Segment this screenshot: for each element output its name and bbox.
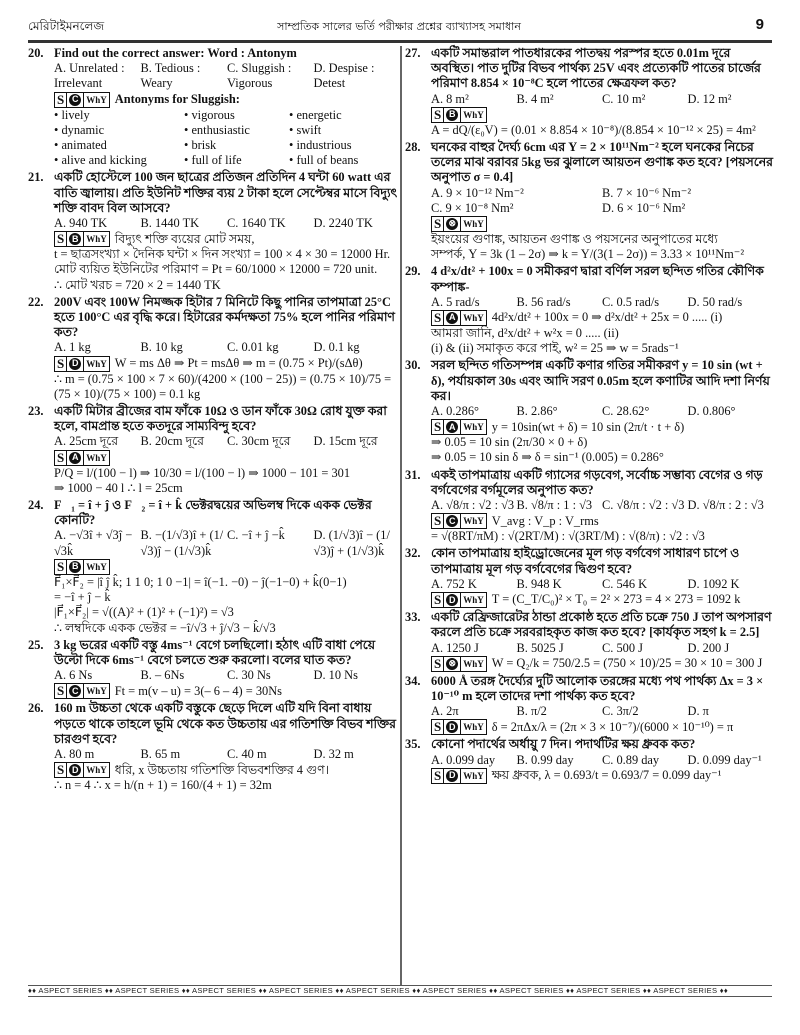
option: D. Despise : Detest bbox=[314, 61, 401, 91]
explanation: ক্ষয় ধ্রুবক, λ = 0.693/t = 0.693/7 = 0.… bbox=[492, 768, 722, 783]
option: D. 2240 TK bbox=[314, 216, 401, 231]
solution-label: S bbox=[432, 657, 444, 671]
question-text: সরল ছন্দিত গতিসম্পন্ন একটি কণার গতির সমী… bbox=[431, 358, 773, 404]
option: C. 10 m² bbox=[602, 92, 688, 107]
answer-letter-icon: B bbox=[69, 561, 81, 573]
question-text: একটি রেফ্রিজারেটর ঠান্ডা প্রকোষ্ঠ হতে প্… bbox=[431, 610, 773, 640]
options: A. 5 rad/sB. 56 rad/sC. 0.5 rad/sD. 50 r… bbox=[431, 295, 773, 310]
solution-label: S bbox=[432, 769, 444, 783]
work-line: (i) & (ii) সমাকৃত করে পাই, w² = 25 ⇒ w =… bbox=[431, 341, 773, 356]
options: A. 940 TKB. 1440 TKC. 1640 TKD. 2240 TK bbox=[54, 216, 400, 231]
question-number: 22. bbox=[28, 295, 44, 310]
option: B. 948 K bbox=[517, 577, 603, 592]
question-21: 21.একটি হোস্টেলে 100 জন ছাত্রের প্রতিজন … bbox=[28, 170, 400, 292]
options: A. 1250 JB. 5025 JC. 500 JD. 200 J bbox=[431, 641, 773, 656]
option: B. 5025 J bbox=[517, 641, 603, 656]
explanation: P/Q = l/(100 − l) ⇒ 10/30 = l/(100 − l) … bbox=[54, 466, 350, 481]
explanation: W = ms Δθ ⇒ Pt = msΔθ ⇒ m = (0.75 × Pt)/… bbox=[115, 356, 363, 371]
work-line: |F⃗₁×F⃗₂| = √((A)² + (1)² + (−1)²) = √3 bbox=[54, 605, 400, 620]
option: D. (1/√3)î − (1/√3)ĵ + (1/√3)k̂ bbox=[314, 528, 401, 558]
answer-letter-icon: A bbox=[69, 452, 81, 464]
answer-letter-icon: C bbox=[69, 94, 81, 106]
option: A. 752 K bbox=[431, 577, 517, 592]
bullet-item: dynamic bbox=[54, 123, 184, 138]
solution-label: S bbox=[432, 720, 444, 734]
question-text: Find out the correct answer: Word : Anto… bbox=[54, 46, 400, 61]
question-text: F⃗₁ = î + ĵ ও F⃗₂ = î + k̂ ভেক্টরদ্বয়ের… bbox=[54, 498, 400, 528]
question-text: ঘনকের বাহুর দৈর্ঘ্য 6cm এর Y = 2 × 10¹¹N… bbox=[431, 140, 773, 186]
answer-line: SCWhYAntonyms for Sluggish: bbox=[54, 92, 400, 108]
question-29: 29.4 d²x/dt² + 100x = 0 সমীকরণ দ্বারা বর… bbox=[405, 264, 773, 356]
why-label: WhY bbox=[83, 232, 109, 246]
question-number: 25. bbox=[28, 638, 44, 653]
answer-badge: SDWhY bbox=[431, 719, 487, 735]
solution-label: S bbox=[432, 217, 444, 231]
option: C. 0.01 kg bbox=[227, 340, 314, 355]
answer-line: SBWhYবিদ্যুৎ শক্তি ব্যয়ের মোট সময়, bbox=[54, 231, 400, 247]
option: B. 10 kg bbox=[141, 340, 228, 355]
question-number: 26. bbox=[28, 701, 44, 716]
bullet-item: lively bbox=[54, 108, 184, 123]
option: B. 7 × 10⁻⁶ Nm⁻² bbox=[602, 186, 773, 201]
why-label: WhY bbox=[83, 451, 109, 465]
column-divider bbox=[400, 46, 402, 986]
solution-label: S bbox=[432, 108, 444, 122]
option: A. √8/π : √2 : √3 bbox=[431, 498, 517, 513]
explanation: Antonyms for Sluggish: bbox=[115, 92, 240, 107]
why-label: WhY bbox=[460, 217, 486, 231]
option: D. 15cm দূরে bbox=[314, 434, 401, 449]
option: B. 56 rad/s bbox=[517, 295, 603, 310]
solution-label: S bbox=[55, 684, 67, 698]
solution-label: S bbox=[55, 451, 67, 465]
options: A. 752 KB. 948 KC. 546 KD. 1092 K bbox=[431, 577, 773, 592]
page-header: মেরিটাইমনলেজ সাম্প্রতিক সালের ভর্তি পরীক… bbox=[28, 16, 770, 38]
option: A. 80 m bbox=[54, 747, 141, 762]
option: D. 10 Ns bbox=[314, 668, 401, 683]
solution-label: S bbox=[432, 311, 444, 325]
explanation: W = Q₂/k = 750/2.5 = (750 × 10)/25 = 30 … bbox=[492, 656, 763, 671]
question-22: 22.200V এবং 100W নিমজ্জক হিটার 7 মিনিটে … bbox=[28, 295, 400, 402]
answer-line: SAWhY4d²x/dt² + 100x = 0 ⇒ d²x/dt² + 25x… bbox=[431, 310, 773, 326]
option: D. 200 J bbox=[688, 641, 774, 656]
bullet-item: enthusiastic bbox=[184, 123, 289, 138]
option: C. 3π/2 bbox=[602, 704, 688, 719]
option: B. Tedious : Weary bbox=[141, 61, 228, 91]
option: A. 0.286° bbox=[431, 404, 517, 419]
bullet-item: swift bbox=[289, 123, 399, 138]
bullet-list: livelyvigorousenergeticdynamicenthusiast… bbox=[54, 108, 400, 169]
question-number: 33. bbox=[405, 610, 421, 625]
option: C. 546 K bbox=[602, 577, 688, 592]
answer-line: SDWhYW = ms Δθ ⇒ Pt = msΔθ ⇒ m = (0.75 ×… bbox=[54, 356, 400, 372]
question-31: 31.একই তাপমাত্রায় একটি গ্যাসের গড়বেগ, … bbox=[405, 468, 773, 545]
answer-badge: SCWhY bbox=[54, 683, 110, 699]
options: A. 8 m²B. 4 m²C. 10 m²D. 12 m² bbox=[431, 92, 773, 107]
left-column: 20.Find out the correct answer: Word : A… bbox=[28, 46, 400, 795]
option: C. 28.62° bbox=[602, 404, 688, 419]
work-line: ∴ m = (0.75 × 100 × 7 × 60)/(4200 × (100… bbox=[54, 372, 400, 402]
answer-badge: SAWhY bbox=[431, 419, 487, 435]
options: A. 9 × 10⁻¹² Nm⁻²B. 7 × 10⁻⁶ Nm⁻²C. 9 × … bbox=[431, 186, 773, 216]
why-label: WhY bbox=[460, 311, 486, 325]
option: A. 0.099 day bbox=[431, 753, 517, 768]
answer-line: SDWhYধরি, x উচ্চতায় গতিশক্তি বিভবশক্তির… bbox=[54, 762, 400, 778]
question-text: একটি মিটার ব্রীজের বাম ফাঁকে 10Ω ও ডান ফ… bbox=[54, 404, 400, 434]
answer-letter-icon: C bbox=[446, 515, 458, 527]
answer-letter-icon: D bbox=[446, 594, 458, 606]
question-32: 32.কোন তাপমাত্রায় হাইড্রোজেনের মূল গড় … bbox=[405, 546, 773, 608]
question-34: 34.6000 Å তরঙ্গ দৈর্ঘ্যের দুটি আলোক তরঙ্… bbox=[405, 674, 773, 736]
option: B. 20cm দূরে bbox=[141, 434, 228, 449]
answer-letter-icon: ⊗ bbox=[446, 658, 458, 670]
work-line: ⇒ 0.05 = 10 sin (2π/30 × 0 + δ) bbox=[431, 435, 773, 450]
answer-line: SCWhYV_avg : V_p : V_rms bbox=[431, 513, 773, 529]
answer-badge: SBWhY bbox=[54, 231, 110, 247]
answer-badge: S⊗WhY bbox=[431, 656, 487, 672]
option: C. 30 Ns bbox=[227, 668, 314, 683]
question-text: একটি সমান্তরাল পাতধারকের পাতদ্বয় পরস্পর… bbox=[431, 46, 773, 92]
option: A. 8 m² bbox=[431, 92, 517, 107]
why-label: WhY bbox=[83, 763, 109, 777]
answer-letter-icon: A bbox=[446, 312, 458, 324]
question-text: 4 d²x/dt² + 100x = 0 সমীকরণ দ্বারা বর্ণি… bbox=[431, 264, 773, 294]
answer-line: SCWhYFt = m(v – u) = 3(– 6 – 4) = 30Ns bbox=[54, 683, 400, 699]
answer-badge: S⊗WhY bbox=[431, 216, 487, 232]
question-27: 27.একটি সমান্তরাল পাতধারকের পাতদ্বয় পরস… bbox=[405, 46, 773, 138]
option: D. √8/π : 2 : √3 bbox=[688, 498, 774, 513]
answer-badge: SDWhY bbox=[54, 762, 110, 778]
answer-line: SDWhYT = (C_T/C₀)² × T₀ = 2² × 273 = 4 ×… bbox=[431, 592, 773, 608]
question-number: 20. bbox=[28, 46, 44, 61]
option: B. 65 m bbox=[141, 747, 228, 762]
option: D. 0.099 day⁻¹ bbox=[688, 753, 774, 768]
question-text: কোনো পদার্থের অর্ধায়ু 7 দিন। পদার্থটির … bbox=[431, 737, 773, 752]
answer-line: SBWhYA = dQ/(ε₀V) = (0.01 × 8.854 × 10⁻⁸… bbox=[431, 107, 773, 138]
answer-line: S⊗WhYW = Q₂/k = 750/2.5 = (750 × 10)/25 … bbox=[431, 656, 773, 672]
question-20: 20.Find out the correct answer: Word : A… bbox=[28, 46, 400, 168]
answer-letter-icon: D bbox=[446, 770, 458, 782]
answer-line: SDWhYδ = 2πΔx/λ = (2π × 3 × 10⁻⁷)/(6000 … bbox=[431, 719, 773, 735]
option: C. 1640 TK bbox=[227, 216, 314, 231]
work-line: = √(8RT/πM) : √(2RT/M) : √(3RT/M) : √(8/… bbox=[431, 529, 773, 544]
question-number: 23. bbox=[28, 404, 44, 419]
answer-line: SAWhYy = 10sin(wt + δ) = 10 sin (2π/t · … bbox=[431, 419, 773, 435]
option: D. 0.1 kg bbox=[314, 340, 401, 355]
answer-badge: SDWhY bbox=[431, 592, 487, 608]
option: D. 32 m bbox=[314, 747, 401, 762]
right-column: 27.একটি সমান্তরাল পাতধারকের পাতদ্বয় পরস… bbox=[405, 46, 773, 786]
answer-line: SAWhYP/Q = l/(100 − l) ⇒ 10/30 = l/(100 … bbox=[54, 450, 400, 481]
question-number: 21. bbox=[28, 170, 44, 185]
work-line: ⇒ 0.05 = 10 sin δ ⇒ δ = sin⁻¹ (0.005) = … bbox=[431, 450, 773, 465]
option: A. 1 kg bbox=[54, 340, 141, 355]
options: A. 0.099 dayB. 0.99 dayC. 0.89 dayD. 0.0… bbox=[431, 753, 773, 768]
option: B. −(1/√3)î + (1/√3)ĵ − (1/√3)k̂ bbox=[141, 528, 228, 558]
question-number: 32. bbox=[405, 546, 421, 561]
answer-badge: SBWhY bbox=[54, 559, 110, 575]
answer-badge: SAWhY bbox=[431, 310, 487, 326]
question-text: 3 kg ভরের একটি বস্তু 4ms⁻¹ বেগে চলছিলো। … bbox=[54, 638, 400, 668]
option: B. 4 m² bbox=[517, 92, 603, 107]
option: A. −√3î + √3ĵ − √3k̂ bbox=[54, 528, 141, 558]
option: A. 940 TK bbox=[54, 216, 141, 231]
options: A. 1 kgB. 10 kgC. 0.01 kgD. 0.1 kg bbox=[54, 340, 400, 355]
answer-badge: SDWhY bbox=[54, 356, 110, 372]
bullet-item: alive and kicking bbox=[54, 153, 184, 168]
explanation: 4d²x/dt² + 100x = 0 ⇒ d²x/dt² + 25x = 0 … bbox=[492, 310, 722, 325]
solution-label: S bbox=[55, 232, 67, 246]
question-number: 24. bbox=[28, 498, 44, 513]
question-28: 28.ঘনকের বাহুর দৈর্ঘ্য 6cm এর Y = 2 × 10… bbox=[405, 140, 773, 262]
answer-letter-icon: B bbox=[446, 109, 458, 121]
answer-letter-icon: B bbox=[69, 233, 81, 245]
option: A. 1250 J bbox=[431, 641, 517, 656]
question-text: একই তাপমাত্রায় একটি গ্যাসের গড়বেগ, সর্… bbox=[431, 468, 773, 498]
solution-label: S bbox=[55, 560, 67, 574]
question-text: 160 m উচ্চতা থেকে একটি বস্তুকে ছেড়ে দিল… bbox=[54, 701, 400, 747]
bullet-item: vigorous bbox=[184, 108, 289, 123]
why-label: WhY bbox=[460, 420, 486, 434]
work-line: ∴ মোট খরচ = 720 × 2 = 1440 TK bbox=[54, 278, 400, 293]
bullet-item: animated bbox=[54, 138, 184, 153]
option: C. 30cm দূরে bbox=[227, 434, 314, 449]
answer-letter-icon: C bbox=[69, 685, 81, 697]
page-number: 9 bbox=[756, 16, 764, 33]
solution-label: S bbox=[432, 514, 444, 528]
options: A. 25cm দূরেB. 20cm দূরেC. 30cm দূরেD. 1… bbox=[54, 434, 400, 449]
option: B. 1440 TK bbox=[141, 216, 228, 231]
why-label: WhY bbox=[83, 560, 109, 574]
option: D. 6 × 10⁻⁶ Nm² bbox=[602, 201, 773, 216]
work-line: মোট ব্যয়িত ইউনিটের পরিমাণ = Pt = 60/100… bbox=[54, 262, 400, 277]
explanation: δ = 2πΔx/λ = (2π × 3 × 10⁻⁷)/(6000 × 10⁻… bbox=[492, 720, 734, 735]
answer-line: SBWhYF⃗₁×F⃗₂ = |î ĵ k̂; 1 1 0; 1 0 −1| =… bbox=[54, 559, 400, 590]
question-text: 6000 Å তরঙ্গ দৈর্ঘ্যের দুটি আলোক তরঙ্গের… bbox=[431, 674, 773, 704]
explanation: T = (C_T/C₀)² × T₀ = 2² × 273 = 4 × 273 … bbox=[492, 592, 741, 607]
question-number: 34. bbox=[405, 674, 421, 689]
option: A. Unrelated : Irrelevant bbox=[54, 61, 141, 91]
why-label: WhY bbox=[83, 93, 109, 107]
explanation: V_avg : V_p : V_rms bbox=[492, 514, 599, 529]
option: C. √8/π : √2 : √3 bbox=[602, 498, 688, 513]
question-number: 35. bbox=[405, 737, 421, 752]
why-label: WhY bbox=[83, 357, 109, 371]
option: D. π bbox=[688, 704, 774, 719]
explanation: বিদ্যুৎ শক্তি ব্যয়ের মোট সময়, bbox=[115, 232, 255, 247]
explanation: A = dQ/(ε₀V) = (0.01 × 8.854 × 10⁻⁸)/(8.… bbox=[431, 123, 756, 138]
question-25: 25.3 kg ভরের একটি বস্তু 4ms⁻¹ বেগে চলছিল… bbox=[28, 638, 400, 700]
question-text: 200V এবং 100W নিমজ্জক হিটার 7 মিনিটে কিছ… bbox=[54, 295, 400, 341]
option: C. 9 × 10⁻⁸ Nm² bbox=[431, 201, 602, 216]
question-30: 30.সরল ছন্দিত গতিসম্পন্ন একটি কণার গতির … bbox=[405, 358, 773, 465]
question-24: 24.F⃗₁ = î + ĵ ও F⃗₂ = î + k̂ ভেক্টরদ্বয… bbox=[28, 498, 400, 636]
bullet-item: full of beans bbox=[289, 153, 399, 168]
answer-line: S⊗WhYইয়ংয়ের গুণাঙ্ক, আয়তন গুণাঙ্ক ও প… bbox=[431, 216, 773, 247]
why-label: WhY bbox=[83, 684, 109, 698]
answer-letter-icon: D bbox=[69, 358, 81, 370]
section-title: সাম্প্রতিক সালের ভর্তি পরীক্ষার প্রশ্নের… bbox=[28, 18, 770, 37]
bullet-item: industrious bbox=[289, 138, 399, 153]
options: A. −√3î + √3ĵ − √3k̂B. −(1/√3)î + (1/√3)… bbox=[54, 528, 400, 558]
work-line: t = ছাত্রসংখ্যা × দৈনিক ঘন্টা × দিন সংখ্… bbox=[54, 247, 400, 262]
option: D. 50 rad/s bbox=[688, 295, 774, 310]
option: D. 0.806° bbox=[688, 404, 774, 419]
solution-label: S bbox=[55, 763, 67, 777]
footer-banner: ♦♦ ASPECT SERIES ♦♦ ASPECT SERIES ♦♦ ASP… bbox=[28, 985, 772, 997]
question-number: 30. bbox=[405, 358, 421, 373]
answer-line: SDWhYক্ষয় ধ্রুবক, λ = 0.693/t = 0.693/7… bbox=[431, 768, 773, 784]
solution-label: S bbox=[432, 420, 444, 434]
why-label: WhY bbox=[460, 657, 486, 671]
option: A. 25cm দূরে bbox=[54, 434, 141, 449]
work-line: ∴ n = 4 ∴ x = h/(n + 1) = 160/(4 + 1) = … bbox=[54, 778, 400, 793]
option: B. √8/π : 1 : √3 bbox=[517, 498, 603, 513]
option: C. 0.5 rad/s bbox=[602, 295, 688, 310]
explanation: ইয়ংয়ের গুণাঙ্ক, আয়তন গুণাঙ্ক ও পয়সনে… bbox=[431, 232, 718, 247]
option: B. π/2 bbox=[517, 704, 603, 719]
option: A. 6 Ns bbox=[54, 668, 141, 683]
why-label: WhY bbox=[460, 720, 486, 734]
question-text: একটি হোস্টেলে 100 জন ছাত্রের প্রতিজন প্র… bbox=[54, 170, 400, 216]
question-number: 27. bbox=[405, 46, 421, 61]
bullet-item: brisk bbox=[184, 138, 289, 153]
why-label: WhY bbox=[460, 514, 486, 528]
question-23: 23.একটি মিটার ব্রীজের বাম ফাঁকে 10Ω ও ডা… bbox=[28, 404, 400, 496]
answer-badge: SCWhY bbox=[54, 92, 110, 108]
option: C. 0.89 day bbox=[602, 753, 688, 768]
question-number: 28. bbox=[405, 140, 421, 155]
option: A. 9 × 10⁻¹² Nm⁻² bbox=[431, 186, 602, 201]
option: A. 2π bbox=[431, 704, 517, 719]
answer-badge: SAWhY bbox=[54, 450, 110, 466]
answer-letter-icon: ⊗ bbox=[446, 218, 458, 230]
question-33: 33.একটি রেফ্রিজারেটর ঠান্ডা প্রকোষ্ঠ হতে… bbox=[405, 610, 773, 672]
why-label: WhY bbox=[460, 593, 486, 607]
work-line: ⇒ 1000 − 40 l ∴ l = 25cm bbox=[54, 481, 400, 496]
options: A. 2πB. π/2C. 3π/2D. π bbox=[431, 704, 773, 719]
work-line: = −î + ĵ − k̂ bbox=[54, 590, 400, 605]
option: B. 0.99 day bbox=[517, 753, 603, 768]
option: C. 500 J bbox=[602, 641, 688, 656]
option: D. 12 m² bbox=[688, 92, 774, 107]
option: B. 2.86° bbox=[517, 404, 603, 419]
solution-label: S bbox=[55, 93, 67, 107]
work-line: আমরা জানি, d²x/dt² + w²x = 0 ..... (ii) bbox=[431, 326, 773, 341]
question-35: 35.কোনো পদার্থের অর্ধায়ু 7 দিন। পদার্থট… bbox=[405, 737, 773, 783]
option: A. 5 rad/s bbox=[431, 295, 517, 310]
answer-badge: SBWhY bbox=[431, 107, 487, 123]
option: C. −î + ĵ −k̂ bbox=[227, 528, 314, 558]
option: D. 1092 K bbox=[688, 577, 774, 592]
question-number: 31. bbox=[405, 468, 421, 483]
options: A. 80 mB. 65 mC. 40 mD. 32 m bbox=[54, 747, 400, 762]
answer-badge: SCWhY bbox=[431, 513, 487, 529]
header-rule bbox=[28, 40, 772, 43]
bullet-item: energetic bbox=[289, 108, 399, 123]
answer-letter-icon: D bbox=[69, 764, 81, 776]
explanation: F⃗₁×F⃗₂ = |î ĵ k̂; 1 1 0; 1 0 −1| = î(−1… bbox=[54, 575, 347, 590]
why-label: WhY bbox=[460, 108, 486, 122]
work-line: সম্পর্ক, Y = 3k (1 – 2σ) ⇒ k = Y/(3(1 – … bbox=[431, 247, 773, 262]
options: A. Unrelated : IrrelevantB. Tedious : We… bbox=[54, 61, 400, 91]
options: A. 6 NsB. – 6NsC. 30 NsD. 10 Ns bbox=[54, 668, 400, 683]
explanation: ধরি, x উচ্চতায় গতিশক্তি বিভবশক্তির 4 গু… bbox=[115, 763, 329, 778]
option: B. – 6Ns bbox=[141, 668, 228, 683]
options: A. √8/π : √2 : √3B. √8/π : 1 : √3C. √8/π… bbox=[431, 498, 773, 513]
answer-letter-icon: A bbox=[446, 421, 458, 433]
work-line: ∴ লম্বদিকে একক ভেক্টর = −î/√3 + ĵ/√3 − k… bbox=[54, 621, 400, 636]
solution-label: S bbox=[432, 593, 444, 607]
question-number: 29. bbox=[405, 264, 421, 279]
option: C. 40 m bbox=[227, 747, 314, 762]
bullet-item: full of life bbox=[184, 153, 289, 168]
question-text: কোন তাপমাত্রায় হাইড্রোজেনের মূল গড় বর্… bbox=[431, 546, 773, 576]
explanation: Ft = m(v – u) = 3(– 6 – 4) = 30Ns bbox=[115, 684, 282, 699]
answer-letter-icon: D bbox=[446, 721, 458, 733]
option: C. Sluggish : Vigorous bbox=[227, 61, 314, 91]
options: A. 0.286°B. 2.86°C. 28.62°D. 0.806° bbox=[431, 404, 773, 419]
solution-label: S bbox=[55, 357, 67, 371]
answer-badge: SDWhY bbox=[431, 768, 487, 784]
question-26: 26.160 m উচ্চতা থেকে একটি বস্তুকে ছেড়ে … bbox=[28, 701, 400, 793]
explanation: y = 10sin(wt + δ) = 10 sin (2π/t · t + δ… bbox=[492, 420, 685, 435]
why-label: WhY bbox=[460, 769, 486, 783]
